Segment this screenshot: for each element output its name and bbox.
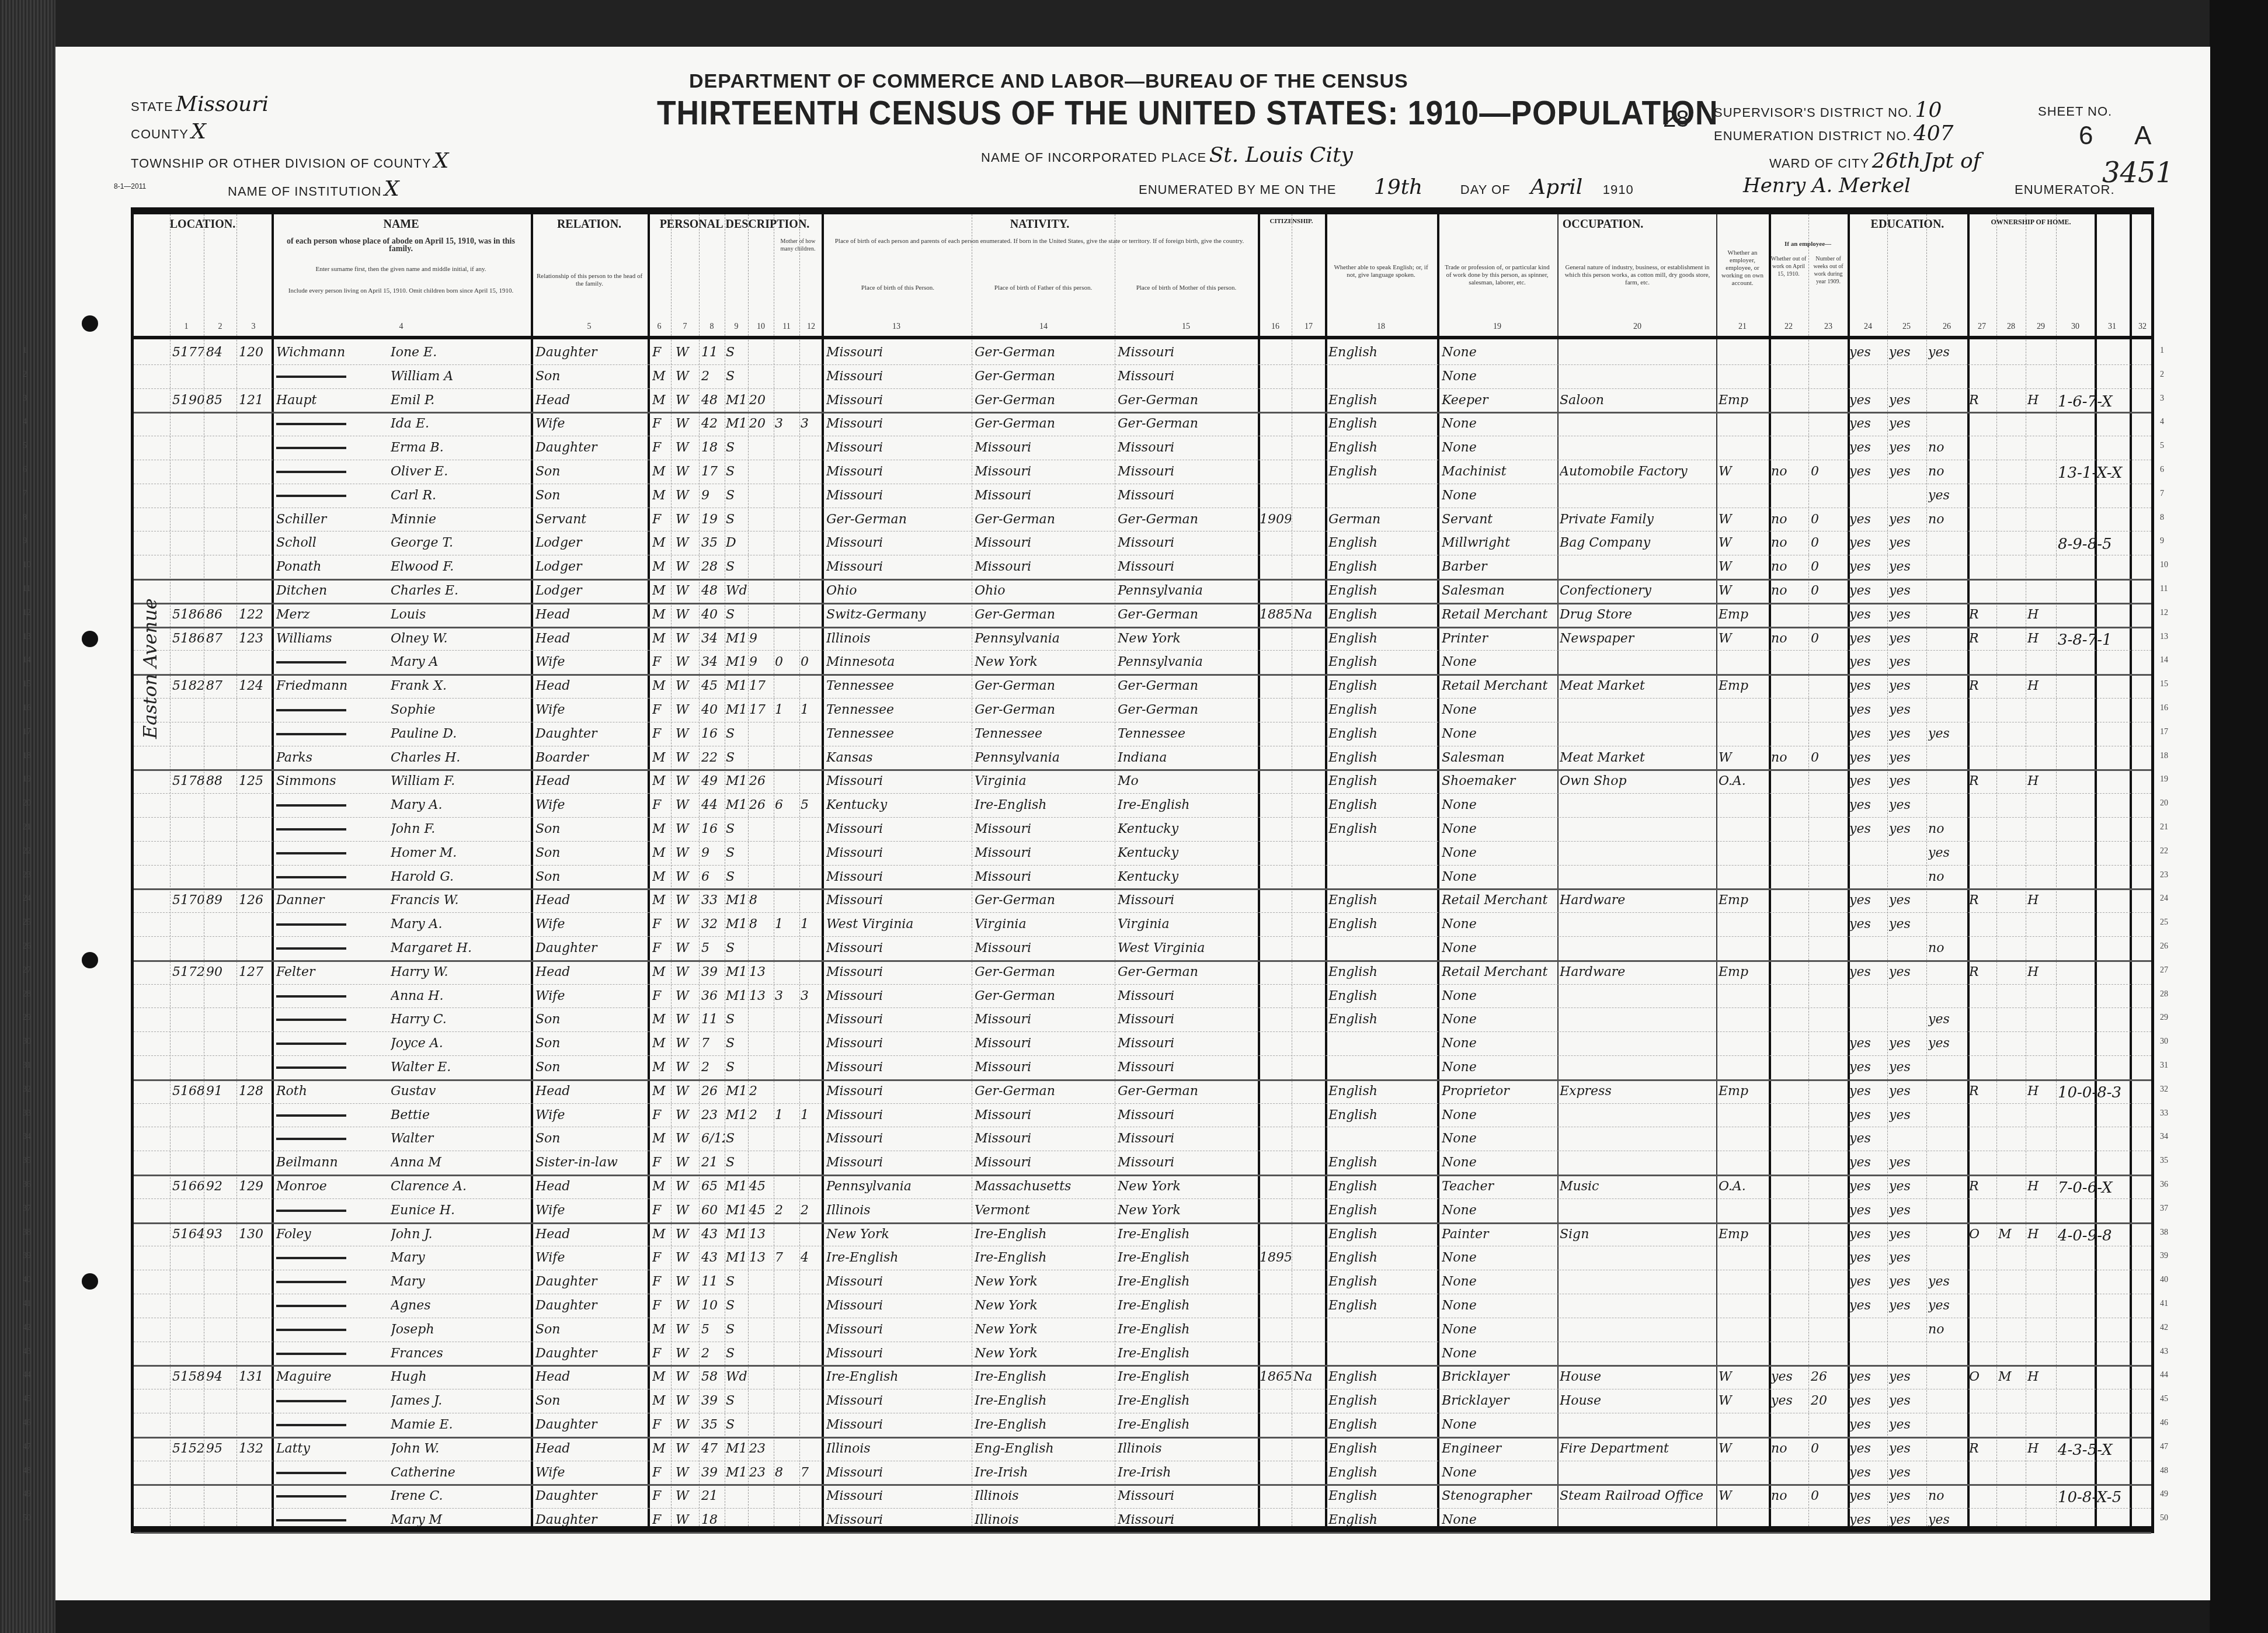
cell-birth: Missouri xyxy=(826,1131,969,1146)
state-field: STATE Missouri xyxy=(131,92,269,116)
column-number: 28 xyxy=(1999,322,2023,332)
cell-school: yes xyxy=(1928,488,1966,503)
cell-trade: None xyxy=(1442,1513,1556,1527)
table-row: SchillerMinnieServantFW19SGer-GermanGer-… xyxy=(134,508,2151,532)
cell-write: yes xyxy=(1889,751,1925,765)
cell-sex: M xyxy=(652,774,670,788)
table-row: Walter E.SonMW2SMissouriMissouriMissouri… xyxy=(134,1055,2151,1081)
cell-age: 60 xyxy=(701,1203,725,1218)
cell-language: English xyxy=(1328,989,1436,1003)
cell-sex: F xyxy=(652,703,670,717)
cell-mother-birth: Indiana xyxy=(1118,751,1258,765)
cell-house: 5172a xyxy=(172,965,204,979)
cell-age: 9 xyxy=(701,488,725,503)
cell-birth: Missouri xyxy=(826,1298,969,1313)
cell-sex: F xyxy=(652,798,670,812)
cell-write: yes xyxy=(1889,917,1925,932)
line-number-left: 11 xyxy=(23,585,30,594)
cell-write: yes xyxy=(1889,1250,1925,1265)
cell-father-birth: Pennsylvania xyxy=(975,751,1115,765)
cell-given: Mary A xyxy=(391,655,528,669)
cell-write: yes xyxy=(1889,1108,1925,1123)
line-number: 20 xyxy=(2160,799,2168,808)
cell-father-birth: Missouri xyxy=(975,941,1115,956)
cell-sex: F xyxy=(652,1274,670,1289)
cell-age: 48 xyxy=(701,583,725,598)
cell-industry: Meat Market xyxy=(1560,751,1714,765)
cell-given: Mary A. xyxy=(391,917,528,932)
cell-dwelling: 86 xyxy=(206,607,235,622)
line-number: 7 xyxy=(2160,489,2164,499)
table-row: Harold G.SonMW6SMissouriMissouriKentucky… xyxy=(134,865,2151,891)
line-number: 47 xyxy=(2160,1443,2168,1452)
cell-family: 120 xyxy=(239,345,270,360)
binder-hole-icon xyxy=(82,315,98,332)
cell-language: English xyxy=(1328,822,1436,836)
cell-surname: Friedmann xyxy=(276,679,393,693)
cell-weeks: 0 xyxy=(1811,560,1846,574)
cell-age: 44 xyxy=(701,798,725,812)
cell-language: English xyxy=(1328,1298,1436,1313)
cell-sex: M xyxy=(652,464,670,479)
column-number: 18 xyxy=(1369,322,1393,332)
cell-birth: Kansas xyxy=(826,751,969,765)
cell-father-birth: Massachusetts xyxy=(975,1179,1115,1194)
cell-marital: S xyxy=(726,1322,748,1337)
column-number: 9 xyxy=(725,322,748,332)
cell-relation: Daughter xyxy=(535,941,646,956)
cell-marital: S xyxy=(726,822,748,836)
cell-surname: Beilmann xyxy=(276,1155,393,1170)
cell-given: Walter E. xyxy=(391,1060,528,1075)
cell-relation: Head xyxy=(535,1227,646,1242)
cell-trade: None xyxy=(1442,488,1556,503)
cell-industry: Hardware xyxy=(1560,893,1714,908)
cell-trade: None xyxy=(1442,1203,1556,1218)
cell-read: yes xyxy=(1849,679,1886,693)
cell-given: William F. xyxy=(391,774,528,788)
cell-age: 36 xyxy=(701,989,725,1003)
cell-given: Mary xyxy=(391,1250,528,1265)
cell-father-birth: Ire-English xyxy=(975,1250,1115,1265)
cell-race: W xyxy=(676,1322,698,1337)
cell-sex: M xyxy=(652,679,670,693)
cell-birth: Missouri xyxy=(826,416,969,431)
cell-mother-birth: Missouri xyxy=(1118,560,1258,574)
form-code: 8-1—2011 xyxy=(114,182,146,190)
cell-sched: 3-8-7-1 xyxy=(2058,631,2151,649)
cell-language: English xyxy=(1328,893,1436,908)
cell-emp: Emp xyxy=(1719,893,1768,908)
cell-relation: Daughter xyxy=(535,1346,646,1361)
cell-given: Sophie xyxy=(391,703,528,717)
cell-surname: Scholl xyxy=(276,536,393,550)
cell-relation: Head xyxy=(535,679,646,693)
cell-house: 5164 xyxy=(172,1227,204,1242)
line-number-left: 23 xyxy=(23,871,31,880)
cell-marital: S xyxy=(726,870,748,884)
cell-sched: 4-0-9-8 xyxy=(2058,1227,2151,1245)
cell-mother-birth: Missouri xyxy=(1118,345,1258,360)
cell-trade: None xyxy=(1442,1036,1556,1051)
cell-read: yes xyxy=(1849,536,1886,550)
cell-sex: F xyxy=(652,345,670,360)
cell-school: no xyxy=(1928,870,1966,884)
cell-trade: Machinist xyxy=(1442,464,1556,479)
cell-father-birth: Ire-Irish xyxy=(975,1465,1115,1480)
cell-birth: Missouri xyxy=(826,1513,969,1527)
cell-trade: Salesman xyxy=(1442,751,1556,765)
cell-mother-birth: Missouri xyxy=(1118,464,1258,479)
cell-house: 5186 xyxy=(172,607,204,622)
cell-read: yes xyxy=(1849,607,1886,622)
sheet-number: 6 xyxy=(2079,121,2093,151)
cell-birth: Missouri xyxy=(826,1012,969,1027)
cell-sex: F xyxy=(652,917,670,932)
cell-father-birth: Ger-German xyxy=(975,1084,1115,1099)
cell-surname xyxy=(276,846,393,860)
cell-marital: M1 xyxy=(726,893,748,908)
sheet-label: SHEET NO. xyxy=(2038,104,2112,119)
cell-read: yes xyxy=(1849,393,1886,408)
cell-years-married: 13 xyxy=(749,989,773,1003)
cell-birth: Ire-English xyxy=(826,1370,969,1384)
cell-relation: Wife xyxy=(535,416,646,431)
cell-father-birth: Illinois xyxy=(975,1489,1115,1503)
cell-family: 124 xyxy=(239,679,270,693)
cell-given: Bettie xyxy=(391,1108,528,1123)
cell-father-birth: New York xyxy=(975,1298,1115,1313)
cell-school: no xyxy=(1928,512,1966,527)
cell-age: 39 xyxy=(701,965,725,979)
cell-age: 32 xyxy=(701,917,725,932)
incorporated-place-value: St. Louis City xyxy=(1209,143,1353,167)
enumerated-day: 19th xyxy=(1374,175,1422,199)
cell-race: W xyxy=(676,488,698,503)
cell-sex: F xyxy=(652,1489,670,1503)
cell-birth: Missouri xyxy=(826,989,969,1003)
cell-weeks: 0 xyxy=(1811,751,1846,765)
column-number: 10 xyxy=(749,322,773,332)
column-number: 4 xyxy=(389,322,413,332)
cell-birth: Tennessee xyxy=(826,727,969,741)
cell-trade: None xyxy=(1442,655,1556,669)
cell-dwelling: 91 xyxy=(206,1084,235,1099)
group-occupation: OCCUPATION. xyxy=(1437,218,1769,231)
cell-immig: 1885 xyxy=(1260,607,1291,622)
cell-race: W xyxy=(676,1060,698,1075)
cell-emp: W xyxy=(1719,1489,1768,1503)
cell-mother-birth: Ire-English xyxy=(1118,1227,1258,1242)
cell-owned: R xyxy=(1969,607,1995,622)
cell-father-birth: Missouri xyxy=(975,1155,1115,1170)
cell-marital: M1 xyxy=(726,679,748,693)
cell-marital: M1 xyxy=(726,798,748,812)
cell-farm: H xyxy=(2027,1179,2054,1194)
cell-sex: M xyxy=(652,369,670,384)
cell-age: 39 xyxy=(701,1394,725,1408)
table-row: Pauline D.DaughterFW16STennesseeTennesse… xyxy=(134,722,2151,746)
cell-surname xyxy=(276,1346,393,1361)
cell-sex: F xyxy=(652,1108,670,1123)
cell-father-birth: Ger-German xyxy=(975,607,1115,622)
cell-sex: F xyxy=(652,1417,670,1432)
cell-race: W xyxy=(676,870,698,884)
column-number: 13 xyxy=(885,322,908,332)
cell-dwelling: 84 xyxy=(206,345,235,360)
cell-marital: S xyxy=(726,464,748,479)
cell-language: English xyxy=(1328,1250,1436,1265)
line-number: 15 xyxy=(2160,680,2168,689)
line-number: 6 xyxy=(2160,465,2164,475)
cell-industry: Automobile Factory xyxy=(1560,464,1714,479)
cell-language: English xyxy=(1328,1274,1436,1289)
cell-years-married: 45 xyxy=(749,1203,773,1218)
cell-industry: Bag Company xyxy=(1560,536,1714,550)
cell-age: 43 xyxy=(701,1227,725,1242)
cell-marital: M1 xyxy=(726,655,748,669)
cell-school: yes xyxy=(1928,1298,1966,1313)
cell-marital: S xyxy=(726,369,748,384)
cell-age: 16 xyxy=(701,727,725,741)
line-number-left: 50 xyxy=(23,1514,31,1523)
cell-given: Joseph xyxy=(391,1322,528,1337)
cell-race: W xyxy=(676,1274,698,1289)
line-number: 31 xyxy=(2160,1061,2168,1071)
cell-trade: None xyxy=(1442,917,1556,932)
line-number: 37 xyxy=(2160,1204,2168,1214)
cell-surname: Williams xyxy=(276,631,393,646)
cell-trade: None xyxy=(1442,1322,1556,1337)
cell-language: English xyxy=(1328,1012,1436,1027)
cell-father-birth: Ger-German xyxy=(975,965,1115,979)
cell-age: 26 xyxy=(701,1084,725,1099)
cell-out: no xyxy=(1771,1441,1807,1456)
column-number: 17 xyxy=(1297,322,1320,332)
cell-trade: Proprietor xyxy=(1442,1084,1556,1099)
line-number-left: 35 xyxy=(23,1156,31,1166)
cell-birth: Missouri xyxy=(826,774,969,788)
cell-relation: Lodger xyxy=(535,583,646,598)
table-row: John F.SonMW16SMissouriMissouriKentuckyE… xyxy=(134,817,2151,842)
department-heading: DEPARTMENT OF COMMERCE AND LABOR—BUREAU … xyxy=(689,70,1408,93)
cell-years-married: 26 xyxy=(749,774,773,788)
cell-father-birth: Ire-English xyxy=(975,1370,1115,1384)
cell-emp: W xyxy=(1719,751,1768,765)
cell-sex: F xyxy=(652,1298,670,1313)
cell-mother-birth: Kentucky xyxy=(1118,870,1258,884)
cell-living: 1 xyxy=(801,1108,822,1123)
line-number-left: 24 xyxy=(23,894,31,904)
cell-relation: Lodger xyxy=(535,560,646,574)
cell-mother-birth: Missouri xyxy=(1118,1108,1258,1123)
cell-given: Pauline D. xyxy=(391,727,528,741)
cell-race: W xyxy=(676,1370,698,1384)
cell-given: Charles E. xyxy=(391,583,528,598)
cell-farm: H xyxy=(2027,631,2054,646)
cell-school: no xyxy=(1928,1489,1966,1503)
line-number: 12 xyxy=(2160,609,2168,618)
line-number-left: 18 xyxy=(23,752,31,761)
cell-mother-birth: West Virginia xyxy=(1118,941,1258,956)
cell-age: 18 xyxy=(701,440,725,455)
cell-dwelling: 93 xyxy=(206,1227,235,1242)
cell-living: 0 xyxy=(801,655,822,669)
cell-sex: M xyxy=(652,1179,670,1194)
cell-race: W xyxy=(676,655,698,669)
cell-race: W xyxy=(676,1179,698,1194)
cell-family: 131 xyxy=(239,1370,270,1384)
cell-born: 2 xyxy=(775,1203,798,1218)
column-number: 2 xyxy=(208,322,232,332)
cell-age: 65 xyxy=(701,1179,725,1194)
column-number: 22 xyxy=(1777,322,1800,332)
cell-industry: Newspaper xyxy=(1560,631,1714,646)
cell-trade: None xyxy=(1442,1250,1556,1265)
cell-relation: Daughter xyxy=(535,1274,646,1289)
cell-emp: Emp xyxy=(1719,1084,1768,1099)
cell-write: yes xyxy=(1889,607,1925,622)
cell-father-birth: Ohio xyxy=(975,583,1115,598)
cell-marital: S xyxy=(726,751,748,765)
cell-father-birth: Missouri xyxy=(975,846,1115,860)
cell-surname xyxy=(276,369,393,384)
line-number-left: 9 xyxy=(23,537,27,546)
cell-free: M xyxy=(1998,1370,2024,1384)
table-row: Joyce A.SonMW7SMissouriMissouriMissouriN… xyxy=(134,1031,2151,1056)
cell-industry: Sign xyxy=(1560,1227,1714,1242)
cell-born: 0 xyxy=(775,655,798,669)
cell-sex: M xyxy=(652,870,670,884)
enumerated-month: April xyxy=(1530,175,1582,199)
cell-relation: Son xyxy=(535,870,646,884)
table-row: JosephSonMW5SMissouriNew YorkIre-English… xyxy=(134,1318,2151,1342)
table-row: Mary AWifeFW34M1900MinnesotaNew YorkPenn… xyxy=(134,650,2151,676)
cell-sex: M xyxy=(652,965,670,979)
incorporated-place-field: NAME OF INCORPORATED PLACE St. Louis Cit… xyxy=(981,143,1353,167)
group-education: EDUCATION. xyxy=(1848,218,1967,231)
cell-trade: None xyxy=(1442,1060,1556,1075)
cell-given: Clarence A. xyxy=(391,1179,528,1194)
line-number-left: 36 xyxy=(23,1180,31,1190)
enumerator-label: ENUMERATOR. xyxy=(2015,182,2115,197)
cell-emp: W xyxy=(1719,1394,1768,1408)
cell-surname xyxy=(276,703,393,717)
cell-relation: Head xyxy=(535,1084,646,1099)
line-number-left: 17 xyxy=(23,728,31,737)
cell-race: W xyxy=(676,941,698,956)
cell-family: 129 xyxy=(239,1179,270,1194)
cell-read: yes xyxy=(1849,1513,1886,1527)
cell-father-birth: Ire-English xyxy=(975,798,1115,812)
column-number: 12 xyxy=(799,322,823,332)
cell-family: 132 xyxy=(239,1441,270,1456)
cell-write: yes xyxy=(1889,1465,1925,1480)
cell-emp: Emp xyxy=(1719,393,1768,408)
cell-surname: Ditchen xyxy=(276,583,393,598)
cell-given: William A xyxy=(391,369,528,384)
cell-industry: Drug Store xyxy=(1560,607,1714,622)
cell-read: yes xyxy=(1849,583,1886,598)
cell-house: 5190 xyxy=(172,393,204,408)
cell-dwelling: 89 xyxy=(206,893,235,908)
cell-language: English xyxy=(1328,1155,1436,1170)
cell-school: no xyxy=(1928,440,1966,455)
cell-birth: Missouri xyxy=(826,965,969,979)
line-number-left: 28 xyxy=(23,990,31,999)
cell-father-birth: Missouri xyxy=(975,1131,1115,1146)
cell-read: yes xyxy=(1849,1250,1886,1265)
cell-language: English xyxy=(1328,917,1436,932)
cell-sex: M xyxy=(652,846,670,860)
cell-sex: F xyxy=(652,416,670,431)
table-row: PonathElwood F.LodgerMW28SMissouriMissou… xyxy=(134,555,2151,581)
cell-trade: None xyxy=(1442,870,1556,884)
cell-relation: Son xyxy=(535,1036,646,1051)
cell-marital: D xyxy=(726,536,748,550)
cell-marital: M1 xyxy=(726,965,748,979)
cell-marital: M1 xyxy=(726,1465,748,1480)
line-number: 27 xyxy=(2160,966,2168,975)
cell-father-birth: Ire-English xyxy=(975,1227,1115,1242)
cell-relation: Wife xyxy=(535,917,646,932)
cell-read: yes xyxy=(1849,1489,1886,1503)
cell-trade: Retail Merchant xyxy=(1442,893,1556,908)
cell-age: 40 xyxy=(701,607,725,622)
cell-out: no xyxy=(1771,464,1807,479)
cell-mother-birth: Virginia xyxy=(1118,917,1258,932)
cell-trade: Millwright xyxy=(1442,536,1556,550)
cell-house: 5152 xyxy=(172,1441,204,1456)
table-row: William ASonMW2SMissouriGer-GermanMissou… xyxy=(134,364,2151,389)
cell-age: 23 xyxy=(701,1108,725,1123)
table-row: 517888125SimmonsWilliam F.HeadMW49M126Mi… xyxy=(134,769,2151,794)
cell-surname xyxy=(276,1465,393,1480)
line-number-left: 4 xyxy=(23,418,27,427)
cell-sex: F xyxy=(652,512,670,527)
cell-sex: M xyxy=(652,560,670,574)
state-value: Missouri xyxy=(176,92,269,116)
enumeration-date-field: ENUMERATED BY ME ON THE 19th DAY OF Apri… xyxy=(1139,175,1634,199)
cell-mother-birth: Ger-German xyxy=(1118,416,1258,431)
cell-language: English xyxy=(1328,1084,1436,1099)
cell-surname xyxy=(276,1513,393,1527)
cell-write: yes xyxy=(1889,1155,1925,1170)
cell-relation: Son xyxy=(535,1394,646,1408)
cell-sex: M xyxy=(652,536,670,550)
cell-family: 121 xyxy=(239,393,270,408)
table-row: MaryWifeFW43M11374Ire-EnglishIre-English… xyxy=(134,1246,2151,1270)
cell-trade: Salesman xyxy=(1442,583,1556,598)
cell-mother-birth: Mo xyxy=(1118,774,1258,788)
cell-mother-birth: Missouri xyxy=(1118,440,1258,455)
cell-age: 35 xyxy=(701,1417,725,1432)
cell-birth: Missouri xyxy=(826,536,969,550)
cell-age: 28 xyxy=(701,560,725,574)
cell-surname xyxy=(276,989,393,1003)
cell-school: no xyxy=(1928,822,1966,836)
cell-family: 123 xyxy=(239,631,270,646)
cell-given: Minnie xyxy=(391,512,528,527)
cell-race: W xyxy=(676,1250,698,1265)
cell-house: 5158 xyxy=(172,1370,204,1384)
cell-father-birth: New York xyxy=(975,655,1115,669)
cell-mother-birth: Ire-English xyxy=(1118,1417,1258,1432)
line-number: 4 xyxy=(2160,418,2164,427)
line-number: 19 xyxy=(2160,775,2168,784)
cell-birth: Missouri xyxy=(826,893,969,908)
cell-father-birth: Virginia xyxy=(975,774,1115,788)
